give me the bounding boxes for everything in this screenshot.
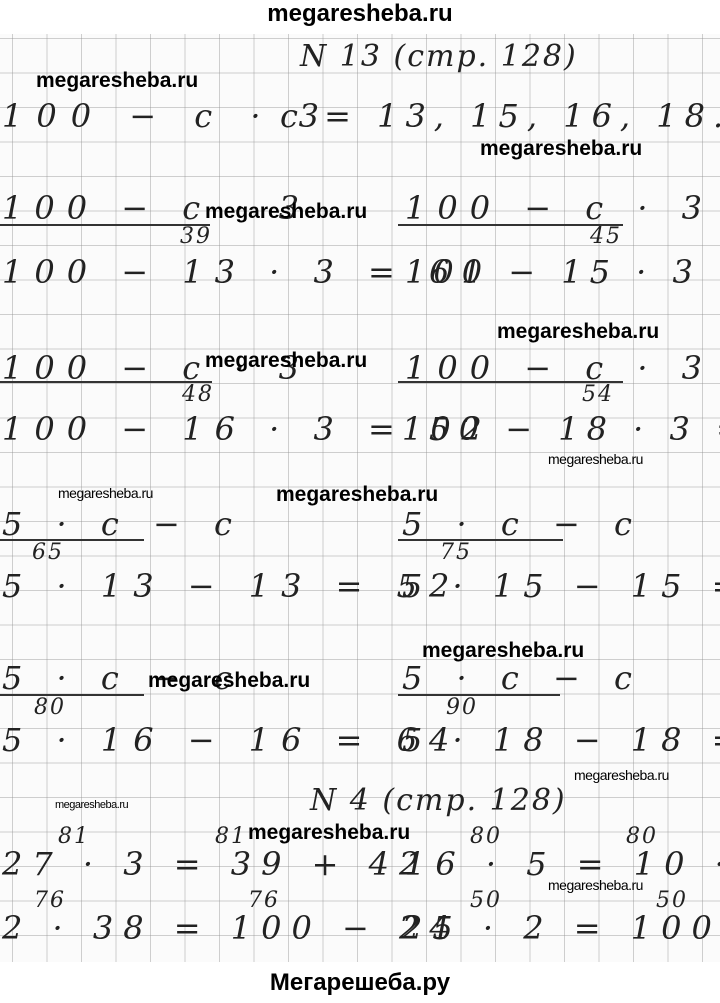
watermark: megaresheba.ru (58, 486, 153, 500)
item-calc-2: 100 − 15 · 3 = 55 (405, 256, 720, 288)
item-expr-6: 5 · c − c (402, 508, 644, 540)
watermark: megaresheba.ru (480, 138, 642, 159)
watermark: megaresheba.ru (574, 768, 669, 782)
site-header: megaresheba.ru (0, 0, 720, 32)
watermark: megaresheba.ru (276, 484, 438, 505)
item-mid-6: 75 (440, 542, 472, 564)
task13-title: N 13 (стр. 128) (300, 42, 578, 72)
item-calc-4: 100 − 18 · 3 = 46 (402, 413, 720, 445)
watermark: megaresheba.ru (548, 452, 643, 466)
watermark: megaresheba.ru (248, 822, 410, 843)
item-expr-4: 100 − c · 3 (405, 352, 714, 384)
site-footer: Мегарешеба.ру (0, 963, 720, 1003)
item-mid-1: 39 (180, 226, 212, 248)
item-calc-5: 5 · 13 − 13 = 52 (2, 570, 461, 602)
item-mid-4: 54 (582, 384, 614, 406)
item-mid-7: 80 (34, 697, 66, 719)
underline-8 (398, 694, 560, 696)
watermark: megaresheba.ru (422, 640, 584, 661)
item-expr-8: 5 · c − c (402, 662, 644, 694)
watermark: megaresheba.ru (55, 800, 128, 811)
underline-3 (0, 381, 212, 383)
watermark: megaresheba.ru (548, 878, 643, 892)
task4-title: N 4 (стр. 128) (310, 786, 567, 816)
row4-eq: 25 · 2 = 100 : 2 (402, 912, 720, 944)
watermark: megaresheba.ru (205, 350, 367, 371)
item-calc-8: 5 · 18 − 18 = 72 (402, 724, 720, 756)
item-mid-2: 45 (590, 226, 622, 248)
row3-eq: 2 · 38 = 100 − 24 (2, 912, 460, 944)
underline-6 (398, 539, 563, 541)
item-calc-7: 5 · 16 − 16 = 64 (2, 724, 461, 756)
underline-5 (0, 539, 144, 541)
item-expr-2: 100 − c · 3 (405, 192, 714, 224)
item-mid-8: 90 (446, 697, 478, 719)
row2-eq: 16 · 5 = 10 · 8 (405, 848, 720, 880)
item-expr-5: 5 · c − c (2, 508, 244, 540)
watermark: megaresheba.ru (497, 321, 659, 342)
underline-1 (0, 224, 210, 226)
watermark: megaresheba.ru (36, 70, 198, 91)
watermark: megaresheba.ru (148, 670, 310, 691)
row1-eq: 27 · 3 = 39 + 42 (2, 848, 429, 880)
task13-values: c = 13, 15, 16, 18. (280, 100, 720, 132)
item-calc-6: 5 · 15 − 15 = 60 (402, 570, 720, 602)
watermark: megaresheba.ru (205, 201, 367, 222)
underline-7 (0, 694, 144, 696)
item-mid-3: 48 (182, 384, 214, 406)
item-mid-5: 65 (32, 542, 64, 564)
